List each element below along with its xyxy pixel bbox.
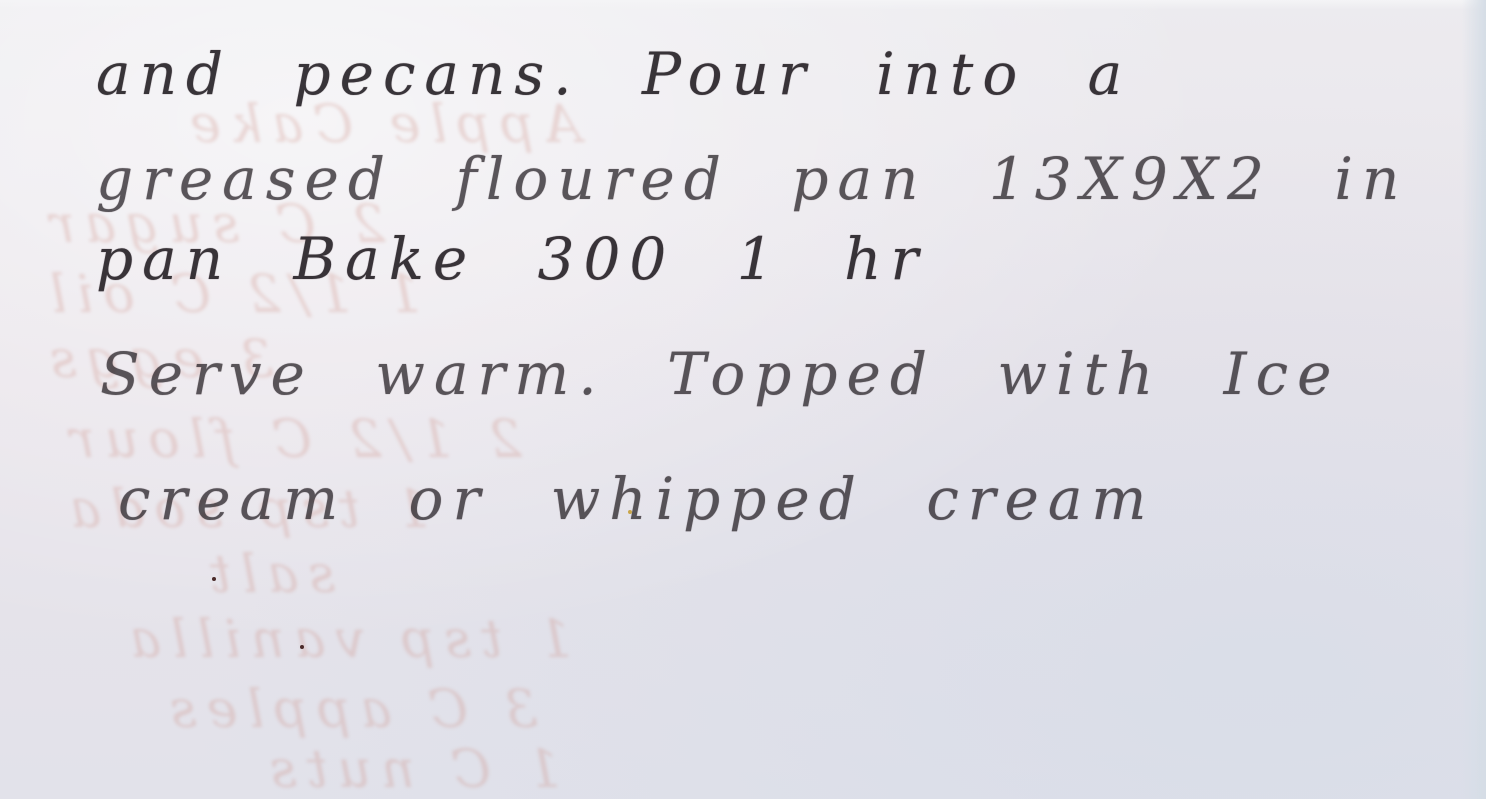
handwritten-line-4: Serve warm. Topped with Ice bbox=[100, 340, 1340, 408]
bleed-line: salt bbox=[200, 545, 335, 605]
stain-speck bbox=[628, 510, 632, 514]
bleed-line: 2 1/2 C flour bbox=[60, 410, 522, 470]
card-top-edge bbox=[0, 0, 1486, 10]
recipe-card: Apple Cake 2 C sugar 1 1/2 C oil 3 eggs … bbox=[0, 0, 1486, 799]
handwritten-line-1: and pecans. Pour into a bbox=[96, 40, 1131, 108]
handwritten-line-3: pan Bake 300 1 hr bbox=[96, 225, 927, 293]
bleed-line: 1 tsp vanilla bbox=[120, 610, 572, 670]
bleed-line: 1 C nuts bbox=[260, 740, 561, 799]
ink-speck bbox=[300, 645, 304, 649]
card-right-edge bbox=[1462, 0, 1486, 799]
handwritten-line-5: cream or whipped cream bbox=[118, 465, 1155, 533]
handwritten-line-2: greased floured pan 13X9X2 in bbox=[96, 145, 1408, 213]
ink-speck bbox=[212, 577, 216, 581]
bleed-line: 3 C apples bbox=[160, 680, 538, 740]
